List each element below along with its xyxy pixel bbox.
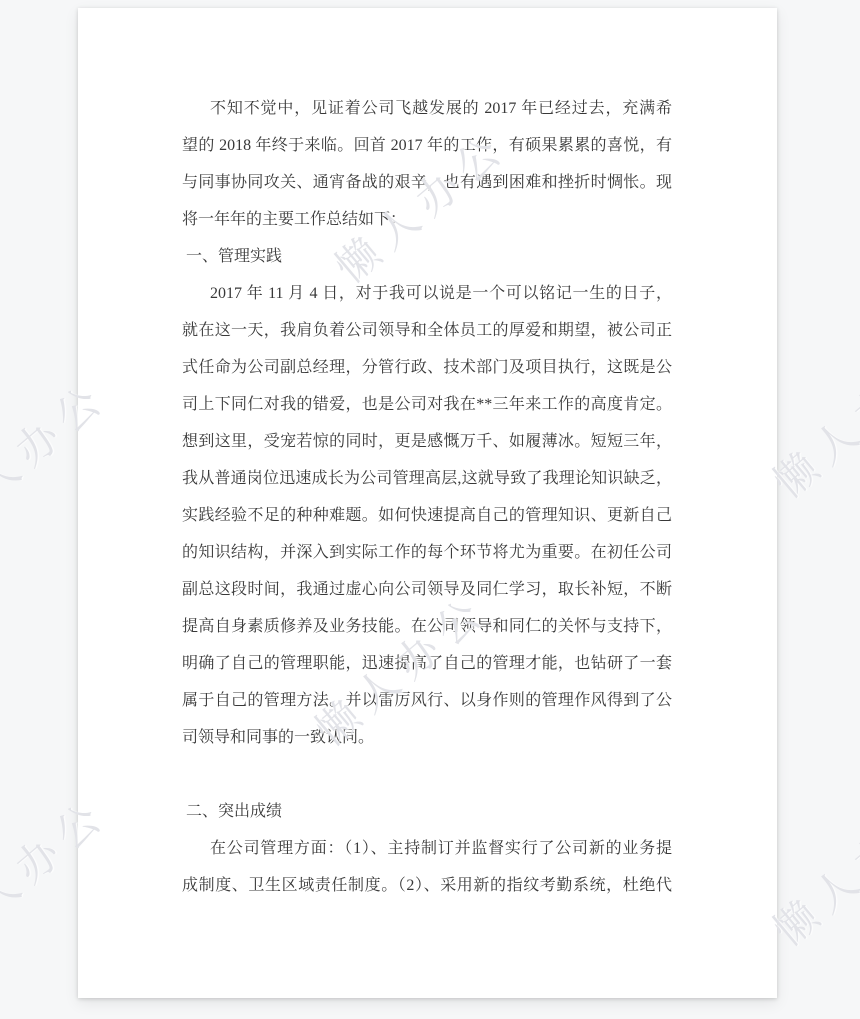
text-line: 望的 2018 年终于来临。回首 2017 年的工作，有硕果累累的喜悦，有 xyxy=(182,127,672,164)
text-line: 将一年年的主要工作总结如下： xyxy=(182,201,672,238)
text-line: 提高自身素质修养及业务技能。在公司领导和同仁的关怀与支持下， xyxy=(182,608,672,645)
text-line: 属于自己的管理方法。并以雷厉风行、以身作则的管理作风得到了公 xyxy=(182,682,672,719)
text-line: 的知识结构，并深入到实际工作的每个环节将尤为重要。在初任公司 xyxy=(182,534,672,571)
screenshot-canvas: 不知不觉中，见证着公司飞越发展的 2017 年已经过去，充满希望的 2018 年… xyxy=(0,0,860,1019)
text-line: 司领导和同事的一致认同。 xyxy=(182,719,672,756)
text-line: 成制度、卫生区域责任制度。（2）、采用新的指纹考勤系统，杜绝代 xyxy=(182,867,672,904)
document-body: 不知不觉中，见证着公司飞越发展的 2017 年已经过去，充满希望的 2018 年… xyxy=(182,90,672,904)
text-line: 式任命为公司副总经理，分管行政、技术部门及项目执行，这既是公 xyxy=(182,349,672,386)
text-line: 就在这一天，我肩负着公司领导和全体员工的厚爱和期望，被公司正 xyxy=(182,312,672,349)
text-line: 在公司管理方面：（1）、主持制订并监督实行了公司新的业务提 xyxy=(182,830,672,867)
text-line: 明确了自己的管理职能，迅速提高了自己的管理才能，也钻研了一套 xyxy=(182,645,672,682)
text-line: 副总这段时间，我通过虚心向公司领导及同仁学习，取长补短，不断 xyxy=(182,571,672,608)
text-line xyxy=(182,756,672,793)
section-heading: 一、管理实践 xyxy=(182,238,672,275)
section-heading: 二、突出成绩 xyxy=(182,793,672,830)
text-line: 想到这里，受宠若惊的同时，更是感慨万千、如履薄冰。短短三年， xyxy=(182,423,672,460)
text-line: 2017 年 11 月 4 日，对于我可以说是一个可以铭记一生的日子， xyxy=(182,275,672,312)
text-line: 我从普通岗位迅速成长为公司管理高层,这就导致了我理论知识缺乏， xyxy=(182,460,672,497)
document-page: 不知不觉中，见证着公司飞越发展的 2017 年已经过去，充满希望的 2018 年… xyxy=(78,8,777,998)
text-line: 不知不觉中，见证着公司飞越发展的 2017 年已经过去，充满希 xyxy=(182,90,672,127)
text-line: 司上下同仁对我的错爱，也是公司对我在**三年来工作的高度肯定。 xyxy=(182,386,672,423)
text-line: 与同事协同攻关、通宵备战的艰辛，也有遇到困难和挫折时惆怅。现 xyxy=(182,164,672,201)
text-line: 实践经验不足的种种难题。如何快速提高自己的管理知识、更新自己 xyxy=(182,497,672,534)
